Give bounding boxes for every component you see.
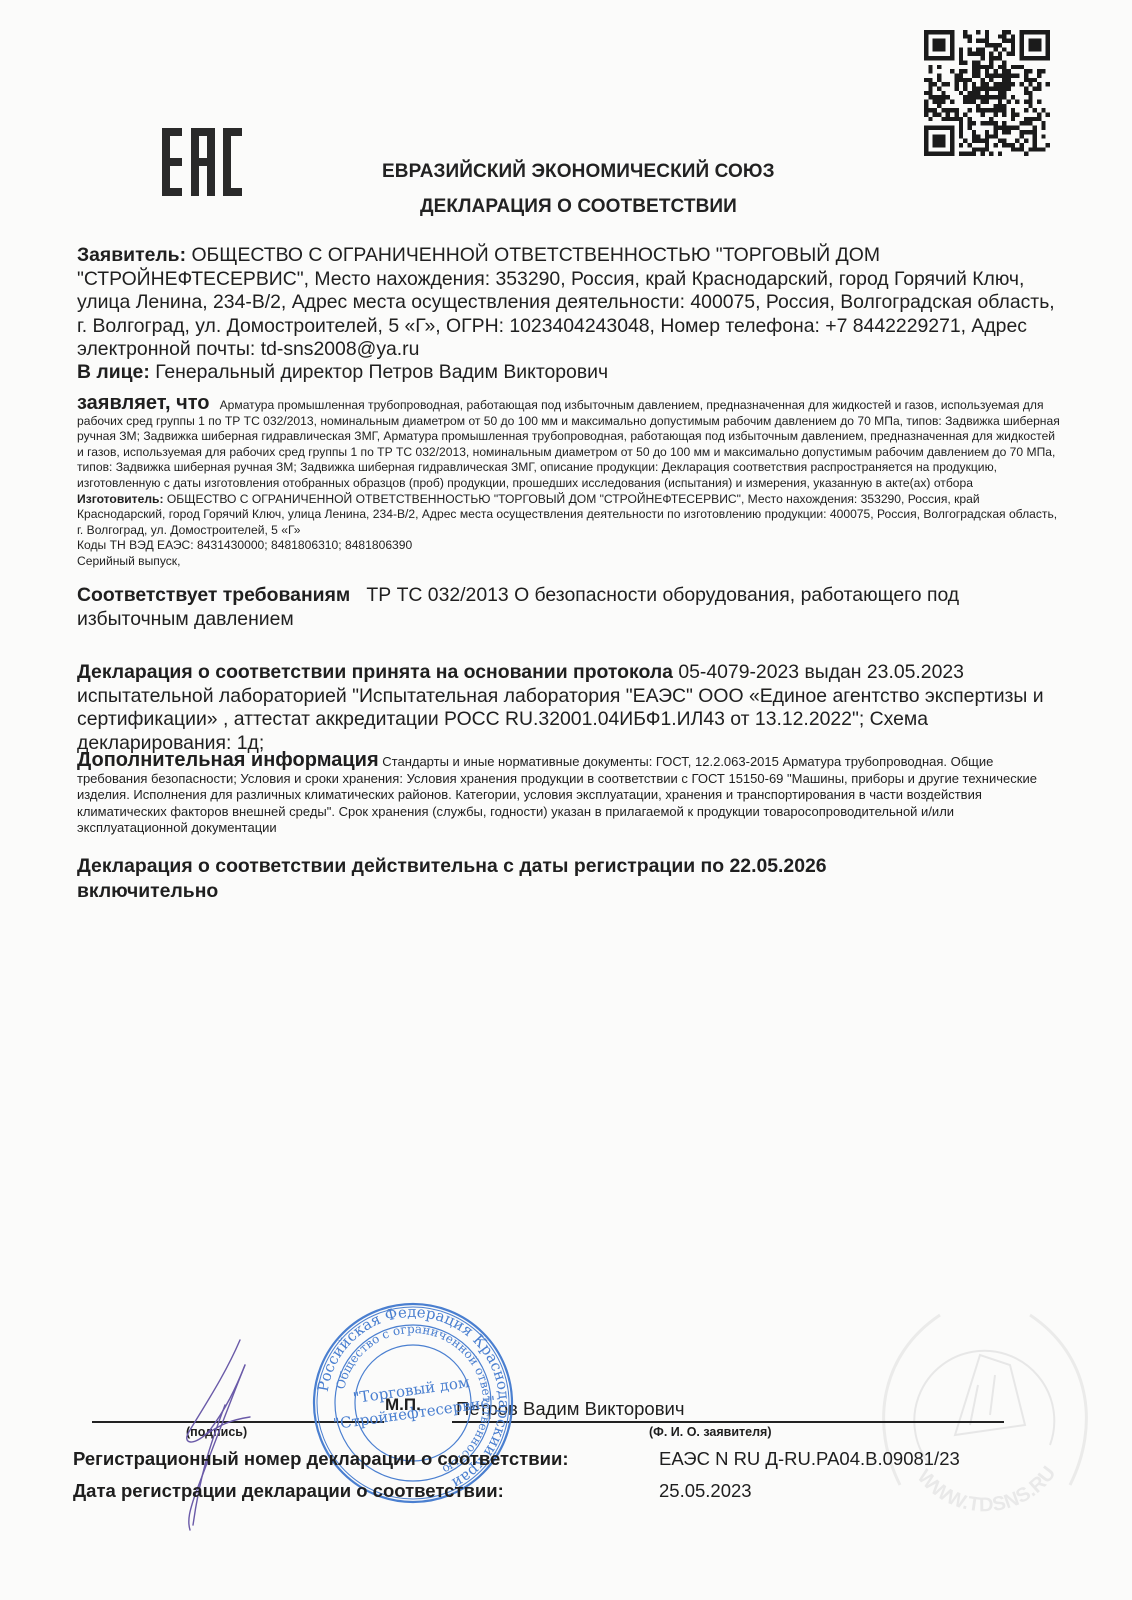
eac-logo — [162, 128, 242, 196]
product-description: Арматура промышленная трубопроводная, ра… — [77, 398, 1060, 490]
union-title: ЕВРАЗИЙСКИЙ ЭКОНОМИЧЕСКИЙ СОЮЗ — [382, 161, 775, 183]
registration-date-label: Дата регистрации декларации о соответств… — [73, 1480, 504, 1502]
registration-number-label: Регистрационный номер декларации о соотв… — [73, 1448, 569, 1470]
registration-number: ЕАЭС N RU Д-RU.РА04.В.09081/23 — [659, 1448, 960, 1470]
handwritten-signature-icon — [165, 1335, 265, 1535]
complies-label: Соответствует требованиям — [77, 584, 350, 606]
additional-info-section: Дополнительная информация Стандарты и ин… — [77, 752, 1062, 837]
protocol-section: Декларация о соответствии принята на осн… — [77, 661, 1062, 755]
representative-label: В лице: — [77, 361, 150, 383]
complies-section: Соответствует требованиям ТР ТС 032/2013… — [77, 584, 1062, 631]
representative-section: В лице: Генеральный директор Петров Вади… — [77, 361, 1062, 385]
representative-text: Генеральный директор Петров Вадим Виктор… — [155, 361, 608, 383]
tn-ved-codes: Коды ТН ВЭД ЕАЭС: 8431430000; 8481806310… — [77, 538, 412, 552]
qr-code[interactable] — [922, 30, 1052, 156]
applicant-text: ОБЩЕСТВО С ОГРАНИЧЕННОЙ ОТВЕТСТВЕННОСТЬЮ… — [77, 244, 1055, 360]
release-type: Серийный выпуск, — [77, 554, 180, 568]
svg-text:WWW.TDSNS.RU: WWW.TDSNS.RU — [913, 1462, 1061, 1516]
manufacturer-label: Изготовитель: — [77, 492, 163, 506]
declares-section: заявляет, что Арматура промышленная труб… — [77, 394, 1062, 570]
validity-statement: Декларация о соответствии действительна … — [77, 854, 897, 904]
protocol-label: Декларация о соответствии принята на осн… — [77, 661, 673, 683]
manufacturer-text: ОБЩЕСТВО С ОГРАНИЧЕННОЙ ОТВЕТСТВЕННОСТЬЮ… — [77, 492, 1057, 537]
stamp-place-label: М.П. — [385, 1395, 421, 1415]
registration-date: 25.05.2023 — [659, 1480, 752, 1502]
company-watermark-icon: WWW.TDSNS.RU — [860, 1295, 1110, 1545]
name-caption: (Ф. И. О. заявителя) — [649, 1425, 772, 1439]
applicant-label: Заявитель: — [77, 244, 186, 266]
declares-label: заявляет, что — [77, 392, 210, 414]
document-title: ДЕКЛАРАЦИЯ О СООТВЕТСТВИИ — [420, 196, 737, 218]
name-line — [452, 1421, 1004, 1423]
applicant-section: Заявитель: ОБЩЕСТВО С ОГРАНИЧЕННОЙ ОТВЕТ… — [77, 244, 1062, 362]
additional-info-label: Дополнительная информация — [77, 749, 379, 771]
